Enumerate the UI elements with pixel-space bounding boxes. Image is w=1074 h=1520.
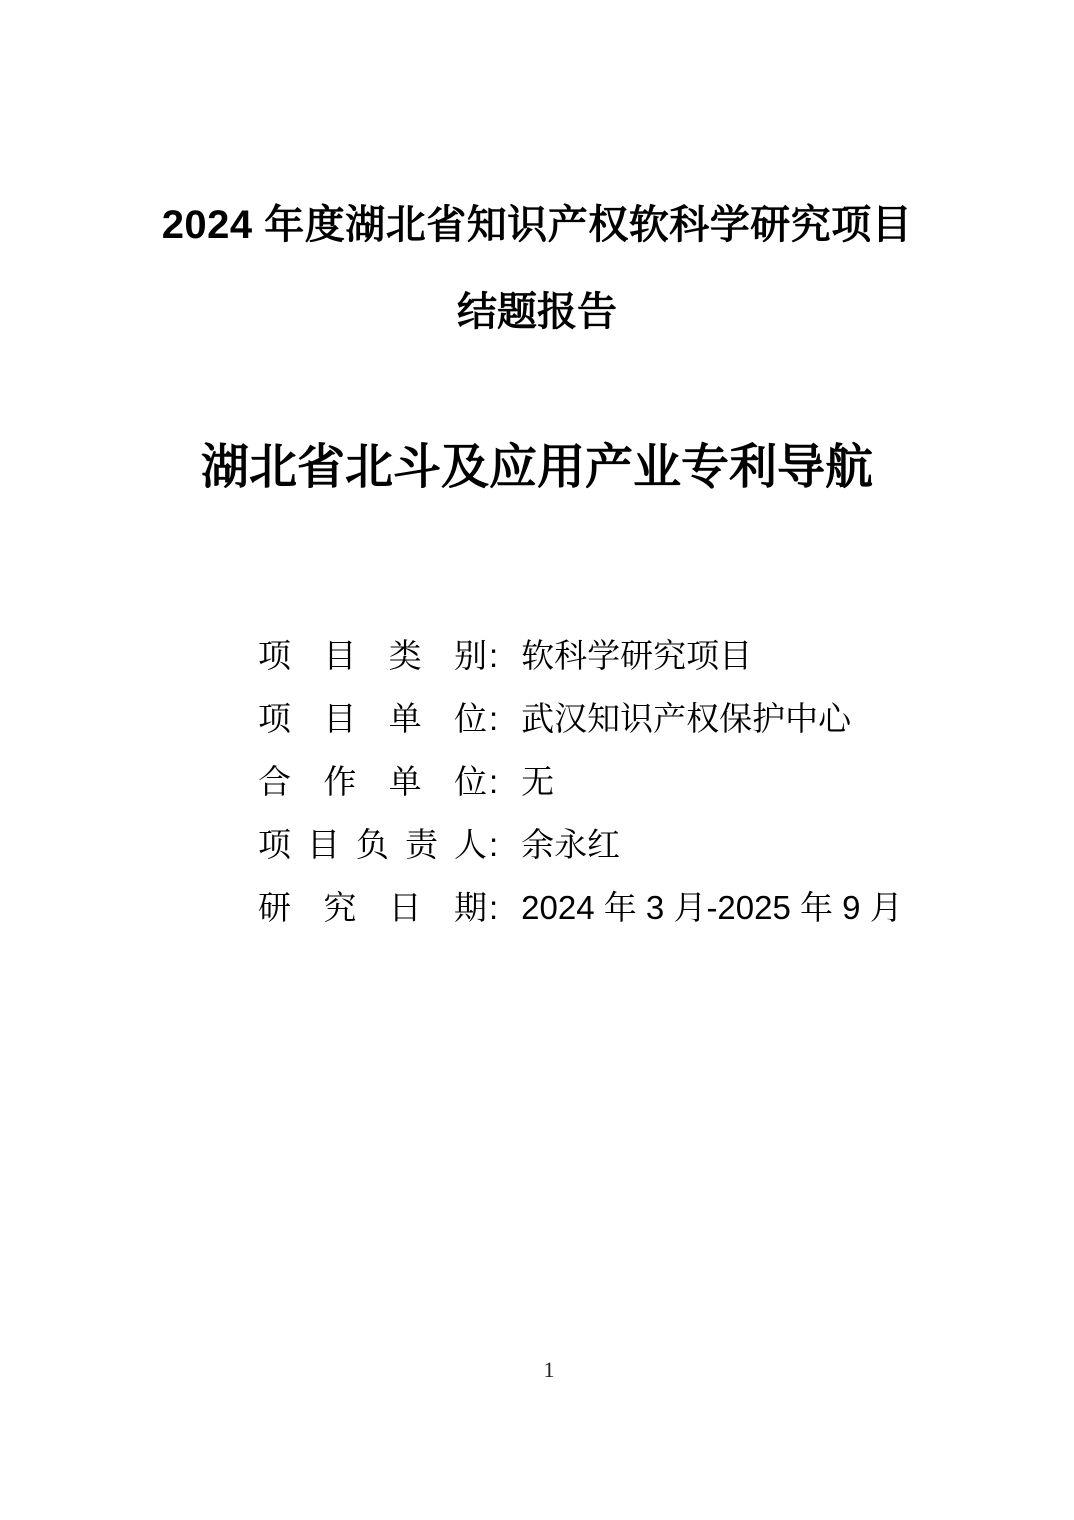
field-label-project-category: 项 目 类 别 [258, 624, 487, 687]
field-label-research-period: 研 究 日 期 [258, 876, 487, 939]
field-value-research-period: 2024 年 3 月-2025 年 9 月 [521, 876, 903, 939]
project-title: 湖北省北斗及应用产业专利导航 [0, 444, 1074, 492]
field-row-research-period: 研 究 日 期:2024 年 3 月-2025 年 9 月 [258, 876, 903, 939]
field-value-project-leader: 余永红 [521, 813, 620, 876]
report-title-line1: 2024 年度湖北省知识产权软科学研究项目 [0, 205, 1074, 245]
field-value-project-category: 软科学研究项目 [521, 624, 752, 687]
field-row-cooperating-unit: 合 作 单 位:无 [258, 750, 903, 813]
field-colon: : [489, 687, 498, 750]
project-info-fields: 项 目 类 别:软科学研究项目 项 目 单 位:武汉知识产权保护中心 合 作 单… [258, 624, 903, 939]
field-value-project-unit: 武汉知识产权保护中心 [521, 687, 851, 750]
field-value-cooperating-unit: 无 [521, 750, 554, 813]
field-label-project-leader: 项 目 负 责 人 [258, 813, 487, 876]
document-page: 2024 年度湖北省知识产权软科学研究项目 结题报告 湖北省北斗及应用产业专利导… [0, 0, 1074, 1520]
report-title-line2: 结题报告 [0, 292, 1074, 332]
field-label-project-unit: 项 目 单 位 [258, 687, 487, 750]
field-row-project-unit: 项 目 单 位:武汉知识产权保护中心 [258, 687, 903, 750]
field-row-project-leader: 项 目 负 责 人:余永红 [258, 813, 903, 876]
field-colon: : [489, 750, 498, 813]
field-colon: : [489, 813, 498, 876]
field-colon: : [489, 624, 498, 687]
field-label-cooperating-unit: 合 作 单 位 [258, 750, 487, 813]
page-number: 1 [12, 1357, 1074, 1383]
field-colon: : [489, 876, 498, 939]
field-row-project-category: 项 目 类 别:软科学研究项目 [258, 624, 903, 687]
